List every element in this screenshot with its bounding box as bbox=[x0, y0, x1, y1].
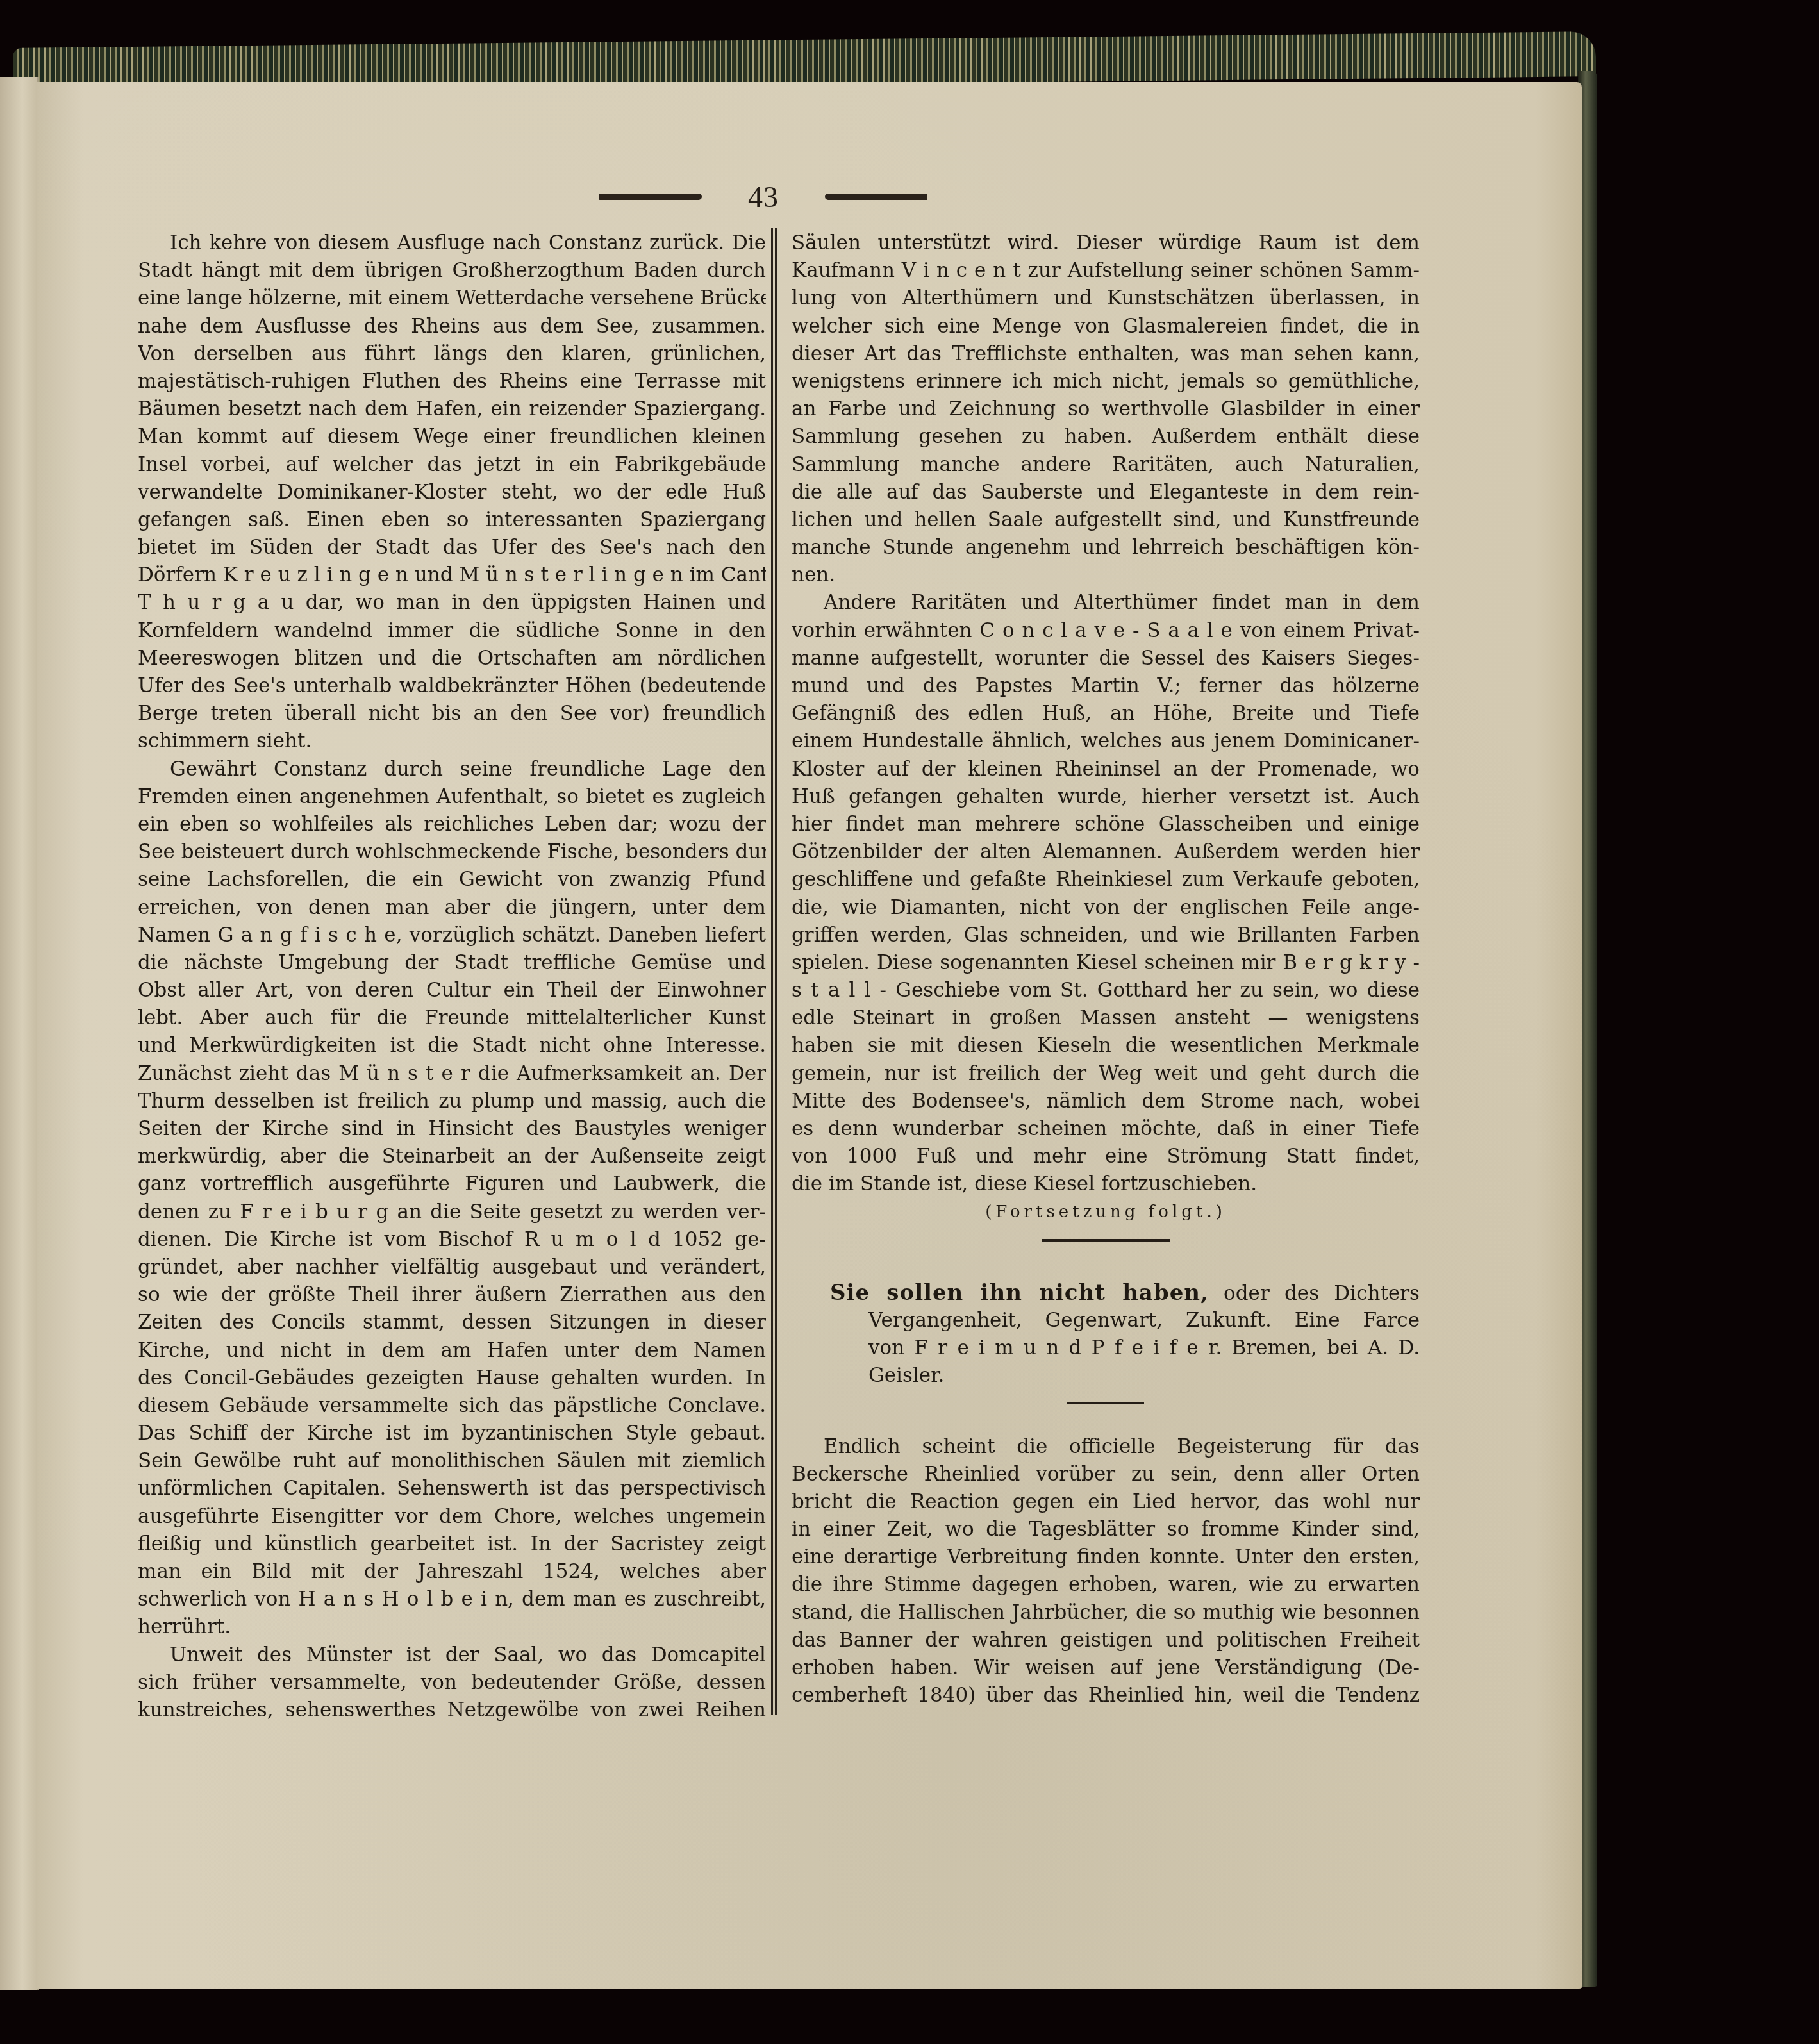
text-line: Huß gefangen gehalten wurde, hierher ver… bbox=[792, 783, 1420, 811]
text-line: die nächste Umgebung der Stadt trefflich… bbox=[138, 949, 766, 977]
text-line: gefangen saß. Einen eben so interessante… bbox=[138, 506, 766, 534]
text-line: Zunächst zieht das M ü n s t e r die Auf… bbox=[138, 1060, 766, 1088]
text-line: welcher sich eine Menge von Glasmalereie… bbox=[792, 313, 1420, 340]
text-line: T h u r g a u dar, wo man in den üppigst… bbox=[138, 589, 766, 617]
text-line: stand, die Hallischen Jahrbücher, die so… bbox=[792, 1599, 1420, 1627]
text-line: schwerlich von H a n s H o l b e i n, de… bbox=[138, 1586, 766, 1613]
text-line: kunstreiches, sehenswerthes Netzgewölbe … bbox=[138, 1697, 766, 1724]
text-line: ein eben so wohlfeiles als reichliches L… bbox=[138, 811, 766, 838]
text-line: Von derselben aus führt längs den klaren… bbox=[138, 340, 766, 368]
text-line: Man kommt auf diesem Wege einer freundli… bbox=[138, 423, 766, 451]
text-line: diesem Gebäude versammelte sich das päps… bbox=[138, 1392, 766, 1420]
left-ornament-rule bbox=[599, 194, 702, 200]
text-line: Berge treten überall nicht bis an den Se… bbox=[138, 700, 766, 727]
text-line: dienen. Die Kirche ist vom Bischof R u m… bbox=[138, 1226, 766, 1254]
review-citation-line: Vergangenheit, Gegenwart, Zukunft. Eine … bbox=[792, 1307, 1420, 1334]
text-line: manne aufgestellt, worunter die Sessel d… bbox=[792, 645, 1420, 672]
page-number: 43 bbox=[748, 180, 779, 214]
text-line: hier findet man mehrere schöne Glasschei… bbox=[792, 811, 1420, 838]
text-line: herrührt. bbox=[138, 1613, 766, 1641]
text-line: Insel vorbei, auf welcher das jetzt in e… bbox=[138, 451, 766, 479]
text-line: die im Stande ist, diese Kiesel fortzusc… bbox=[792, 1170, 1420, 1198]
text-line: nahe dem Ausflusse des Rheins aus dem Se… bbox=[138, 313, 766, 340]
text-line: von 1000 Fuß und mehr eine Strömung Stat… bbox=[792, 1143, 1420, 1170]
text-line: merkwürdig, aber die Steinarbeit an der … bbox=[138, 1143, 766, 1170]
text-line: nen. bbox=[792, 561, 1420, 589]
text-line: s t a l l - Geschiebe vom St. Gotthard h… bbox=[792, 977, 1420, 1004]
text-line: man ein Bild mit der Jahreszahl 1524, we… bbox=[138, 1558, 766, 1586]
text-line: ausgeführte Eisengitter vor dem Chore, w… bbox=[138, 1503, 766, 1531]
text-line: Beckersche Rheinlied vorüber zu sein, de… bbox=[792, 1461, 1420, 1488]
text-line: unförmlichen Capitalen. Sehenswerth ist … bbox=[138, 1475, 766, 1502]
text-line: an Farbe und Zeichnung so werthvolle Gla… bbox=[792, 395, 1420, 423]
text-line: Andere Raritäten und Alterthümer findet … bbox=[792, 589, 1420, 617]
text-line: wenigstens erinnere ich mich nicht, jema… bbox=[792, 368, 1420, 395]
text-line: Kaufmann V i n c e n t zur Aufstellung s… bbox=[792, 257, 1420, 285]
review-body: Endlich scheint die officielle Begeister… bbox=[792, 1433, 1420, 1710]
text-line: lebt. Aber auch für die Freunde mittelal… bbox=[138, 1004, 766, 1032]
text-line: einem Hundestalle ähnlich, welches aus j… bbox=[792, 727, 1420, 755]
text-line: Endlich scheint die officielle Begeister… bbox=[792, 1433, 1420, 1461]
text-line: gründet, aber nachher vielfältig ausgeba… bbox=[138, 1254, 766, 1281]
text-line: verwandelte Dominikaner-Kloster steht, w… bbox=[138, 479, 766, 506]
text-line: Gewährt Constanz durch seine freundliche… bbox=[138, 756, 766, 783]
text-line: Thurm desselben ist freilich zu plump un… bbox=[138, 1088, 766, 1115]
right-ornament-rule bbox=[825, 194, 927, 200]
text-line: vorhin erwähnten C o n c l a v e - S a a… bbox=[792, 617, 1420, 645]
text-line: erhoben haben. Wir weisen auf jene Verst… bbox=[792, 1654, 1420, 1682]
review-subtitle-start: oder des Dichters bbox=[1209, 1282, 1420, 1305]
text-line: ganz vortrefflich ausgeführte Figuren un… bbox=[138, 1170, 766, 1198]
text-line: edle Steinart in großen Massen ansteht —… bbox=[792, 1004, 1420, 1032]
text-line: bricht die Reaction gegen ein Lied hervo… bbox=[792, 1488, 1420, 1516]
text-line: Namen G a n g f i s c h e, vorzüglich sc… bbox=[138, 922, 766, 949]
text-line: die, wie Diamanten, nicht von der englis… bbox=[792, 894, 1420, 922]
text-line: manche Stunde angenehm und lehrreich bes… bbox=[792, 534, 1420, 561]
review-title-line: Sie sollen ihn nicht haben, oder des Dic… bbox=[792, 1279, 1420, 1307]
text-line: dieser Art das Trefflichste enthalten, w… bbox=[792, 340, 1420, 368]
text-line: sich früher versammelte, von bedeutender… bbox=[138, 1669, 766, 1697]
text-line: Kornfeldern wandelnd immer die südliche … bbox=[138, 617, 766, 645]
text-line: Kloster auf der kleinen Rheininsel an de… bbox=[792, 756, 1420, 783]
text-line: Das Schiff der Kirche ist im byzantinisc… bbox=[138, 1420, 766, 1447]
text-line: in einer Zeit, wo die Tagesblätter so fr… bbox=[792, 1516, 1420, 1543]
text-line: gemein, nur ist freilich der Weg weit un… bbox=[792, 1060, 1420, 1088]
right-column-text: Säulen unterstützt wird. Dieser würdige … bbox=[792, 229, 1420, 1709]
page-header: 43 bbox=[599, 181, 927, 213]
review-citation-line: Geisler. bbox=[792, 1362, 1420, 1390]
text-line: Fremden einen angenehmen Aufenthalt, so … bbox=[138, 783, 766, 811]
text-line: lung von Alterthümern und Kunstschätzen … bbox=[792, 285, 1420, 312]
column-divider-double-rule bbox=[771, 228, 773, 1715]
text-line: eine derartige Verbreitung finden konnte… bbox=[792, 1543, 1420, 1571]
text-line: Gefängniß des edlen Huß, an Höhe, Breite… bbox=[792, 700, 1420, 727]
left-column-text: Ich kehre von diesem Ausfluge nach Const… bbox=[138, 229, 766, 1724]
text-line: Kirche, und nicht in dem am Hafen unter … bbox=[138, 1337, 766, 1365]
text-line: die ihre Stimme dagegen erhoben, waren, … bbox=[792, 1571, 1420, 1599]
text-line: Seiten der Kirche sind in Hinsicht des B… bbox=[138, 1115, 766, 1143]
text-line: fleißig und künstlich gearbeitet ist. In… bbox=[138, 1531, 766, 1558]
text-line: mund und des Papstes Martin V.; ferner d… bbox=[792, 672, 1420, 700]
previous-page-sliver bbox=[0, 77, 39, 1990]
review-citation-line: von F r e i m u n d P f e i f e r. Breme… bbox=[792, 1334, 1420, 1362]
text-line: spielen. Diese sogenannten Kiesel schein… bbox=[792, 949, 1420, 977]
text-line: Ich kehre von diesem Ausfluge nach Const… bbox=[138, 229, 766, 257]
text-line: Unweit des Münster ist der Saal, wo das … bbox=[138, 1641, 766, 1669]
text-line: Meereswogen blitzen und die Ortschaften … bbox=[138, 645, 766, 672]
text-line: das Banner der wahren geistigen und poli… bbox=[792, 1627, 1420, 1654]
text-line: Dörfern K r e u z l i n g e n und M ü n … bbox=[138, 561, 766, 589]
text-line: Säulen unterstützt wird. Dieser würdige … bbox=[792, 229, 1420, 257]
text-line: die alle auf das Sauberste und Elegantes… bbox=[792, 479, 1420, 506]
text-line: See beisteuert durch wohlschmeckende Fis… bbox=[138, 838, 766, 866]
text-line: haben sie mit diesen Kieseln die wesentl… bbox=[792, 1032, 1420, 1059]
text-line: es denn wunderbar scheinen möchte, daß i… bbox=[792, 1115, 1420, 1143]
review-title: Sie sollen ihn nicht haben, bbox=[830, 1280, 1209, 1306]
text-line: Götzenbilder der alten Alemannen. Außerd… bbox=[792, 838, 1420, 866]
text-line: Sein Gewölbe ruht auf monolithischen Säu… bbox=[138, 1447, 766, 1475]
text-line: majestätisch-ruhigen Fluthen des Rheins … bbox=[138, 368, 766, 395]
text-line: geschliffene und gefaßte Rheinkiesel zum… bbox=[792, 866, 1420, 893]
text-line: Obst aller Art, von deren Cultur ein The… bbox=[138, 977, 766, 1004]
text-line: Mitte des Bodensee's, nämlich dem Strome… bbox=[792, 1088, 1420, 1115]
text-line: denen zu F r e i b u r g an die Seite ge… bbox=[138, 1199, 766, 1226]
article-continuation: Säulen unterstützt wird. Dieser würdige … bbox=[792, 229, 1420, 1199]
text-line: bietet im Süden der Stadt das Ufer des S… bbox=[138, 534, 766, 561]
text-line: eine lange hölzerne, mit einem Wetterdac… bbox=[138, 285, 766, 312]
text-line: Sammlung gesehen zu haben. Außerdem enth… bbox=[792, 423, 1420, 451]
text-line: lichen und hellen Saale aufgestellt sind… bbox=[792, 506, 1420, 534]
text-line: und Merkwürdigkeiten ist die Stadt nicht… bbox=[138, 1032, 766, 1059]
text-line: schimmern sieht. bbox=[138, 727, 766, 755]
text-line: griffen werden, Glas schneiden, und wie … bbox=[792, 922, 1420, 949]
text-line: Sammlung manche andere Raritäten, auch N… bbox=[792, 451, 1420, 479]
text-line: des Concil-Gebäudes gezeigten Hause geha… bbox=[138, 1365, 766, 1392]
continuation-note: (Fortsetzung folgt.) bbox=[792, 1199, 1420, 1226]
text-line: Zeiten des Concils stammt, dessen Sitzun… bbox=[138, 1309, 766, 1336]
text-line: Ufer des See's unterhalb waldbekränzter … bbox=[138, 672, 766, 700]
text-line: cemberheft 1840) über das Rheinlied hin,… bbox=[792, 1682, 1420, 1709]
text-line: Bäumen besetzt nach dem Hafen, ein reize… bbox=[138, 395, 766, 423]
text-line: so wie der größte Theil ihrer äußern Zie… bbox=[138, 1281, 766, 1309]
text-line: Stadt hängt mit dem übrigen Großherzogth… bbox=[138, 257, 766, 285]
text-line: erreichen, von denen man aber die jünger… bbox=[138, 894, 766, 922]
text-line: seine Lachsforellen, die ein Gewicht von… bbox=[138, 866, 766, 893]
